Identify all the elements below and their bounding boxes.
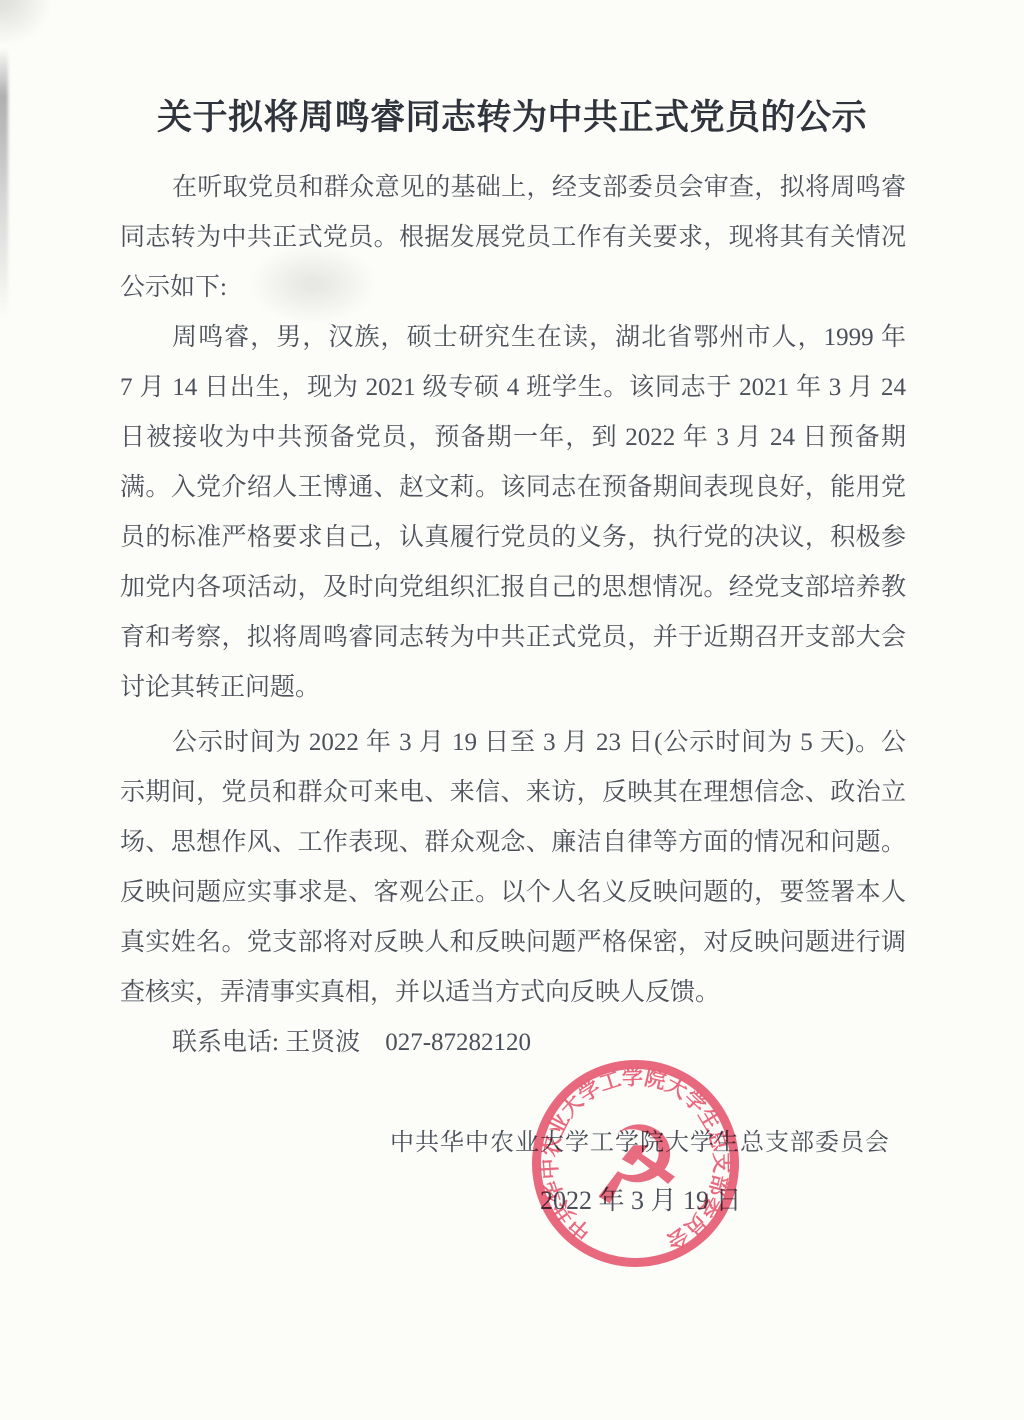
body-line: 加党内各项活动，及时向党组织汇报自己的思想情况。经党支部培养教 [120, 572, 906, 622]
contact-line: 联系电话: 王贤波 027-87282120 [120, 1027, 906, 1077]
body-line: 公示如下: [120, 272, 906, 322]
body-line: 查核实，弄清事实真相，并以适当方式向反映人反馈。 [120, 977, 906, 1027]
body-line: 公示时间为 2022 年 3 月 19 日至 3 月 23 日(公示时间为 5 … [120, 727, 906, 777]
body-line: 7 月 14 日出生，现为 2021 级专硕 4 班学生。该同志于 2021 年… [120, 372, 906, 422]
body-text: 在听取党员和群众意见的基础上，经支部委员会审查，拟将周鸣睿 同志转为中共正式党员… [120, 172, 906, 1077]
body-line: 员的标准严格要求自己，认真履行党员的义务，执行党的决议，积极参 [120, 522, 906, 572]
page-title: 关于拟将周鸣睿同志转为中共正式党员的公示 [0, 90, 1024, 140]
body-line: 育和考察，拟将周鸣睿同志转为中共正式党员，并于近期召开支部大会 [120, 622, 906, 672]
body-line: 在听取党员和群众意见的基础上，经支部委员会审查，拟将周鸣睿 [120, 172, 906, 222]
official-red-seal: 中共华中农业大学工学院大学生总支部委员会 ☭ [519, 1047, 752, 1280]
scan-smudge-left-edge [0, 48, 8, 318]
body-line: 同志转为中共正式党员。根据发展党员工作有关要求，现将其有关情况 [120, 222, 906, 272]
body-line: 示期间，党员和群众可来电、来信、来访，反映其在理想信念、政治立 [120, 777, 906, 827]
hammer-sickle-icon: ☭ [585, 1102, 686, 1230]
body-line: 日被接收为中共预备党员，预备期一年，到 2022 年 3 月 24 日预备期 [120, 422, 906, 472]
body-line: 反映问题应实事求是、客观公正。以个人名义反映问题的，要签署本人 [120, 877, 906, 927]
body-line: 讨论其转正问题。 [120, 672, 906, 722]
scanned-document-page: 关于拟将周鸣睿同志转为中共正式党员的公示 在听取党员和群众意见的基础上，经支部委… [0, 0, 1024, 1420]
body-line: 场、思想作风、工作表现、群众观念、廉洁自律等方面的情况和问题。 [120, 827, 906, 877]
body-line: 真实姓名。党支部将对反映人和反映问题严格保密，对反映问题进行调 [120, 927, 906, 977]
body-line: 满。入党介绍人王博通、赵文莉。该同志在预备期间表现良好，能用党 [120, 472, 906, 522]
scan-smudge-corner [0, 0, 50, 43]
body-line: 周鸣睿，男，汉族，硕士研究生在读，湖北省鄂州市人，1999 年 [120, 322, 906, 372]
